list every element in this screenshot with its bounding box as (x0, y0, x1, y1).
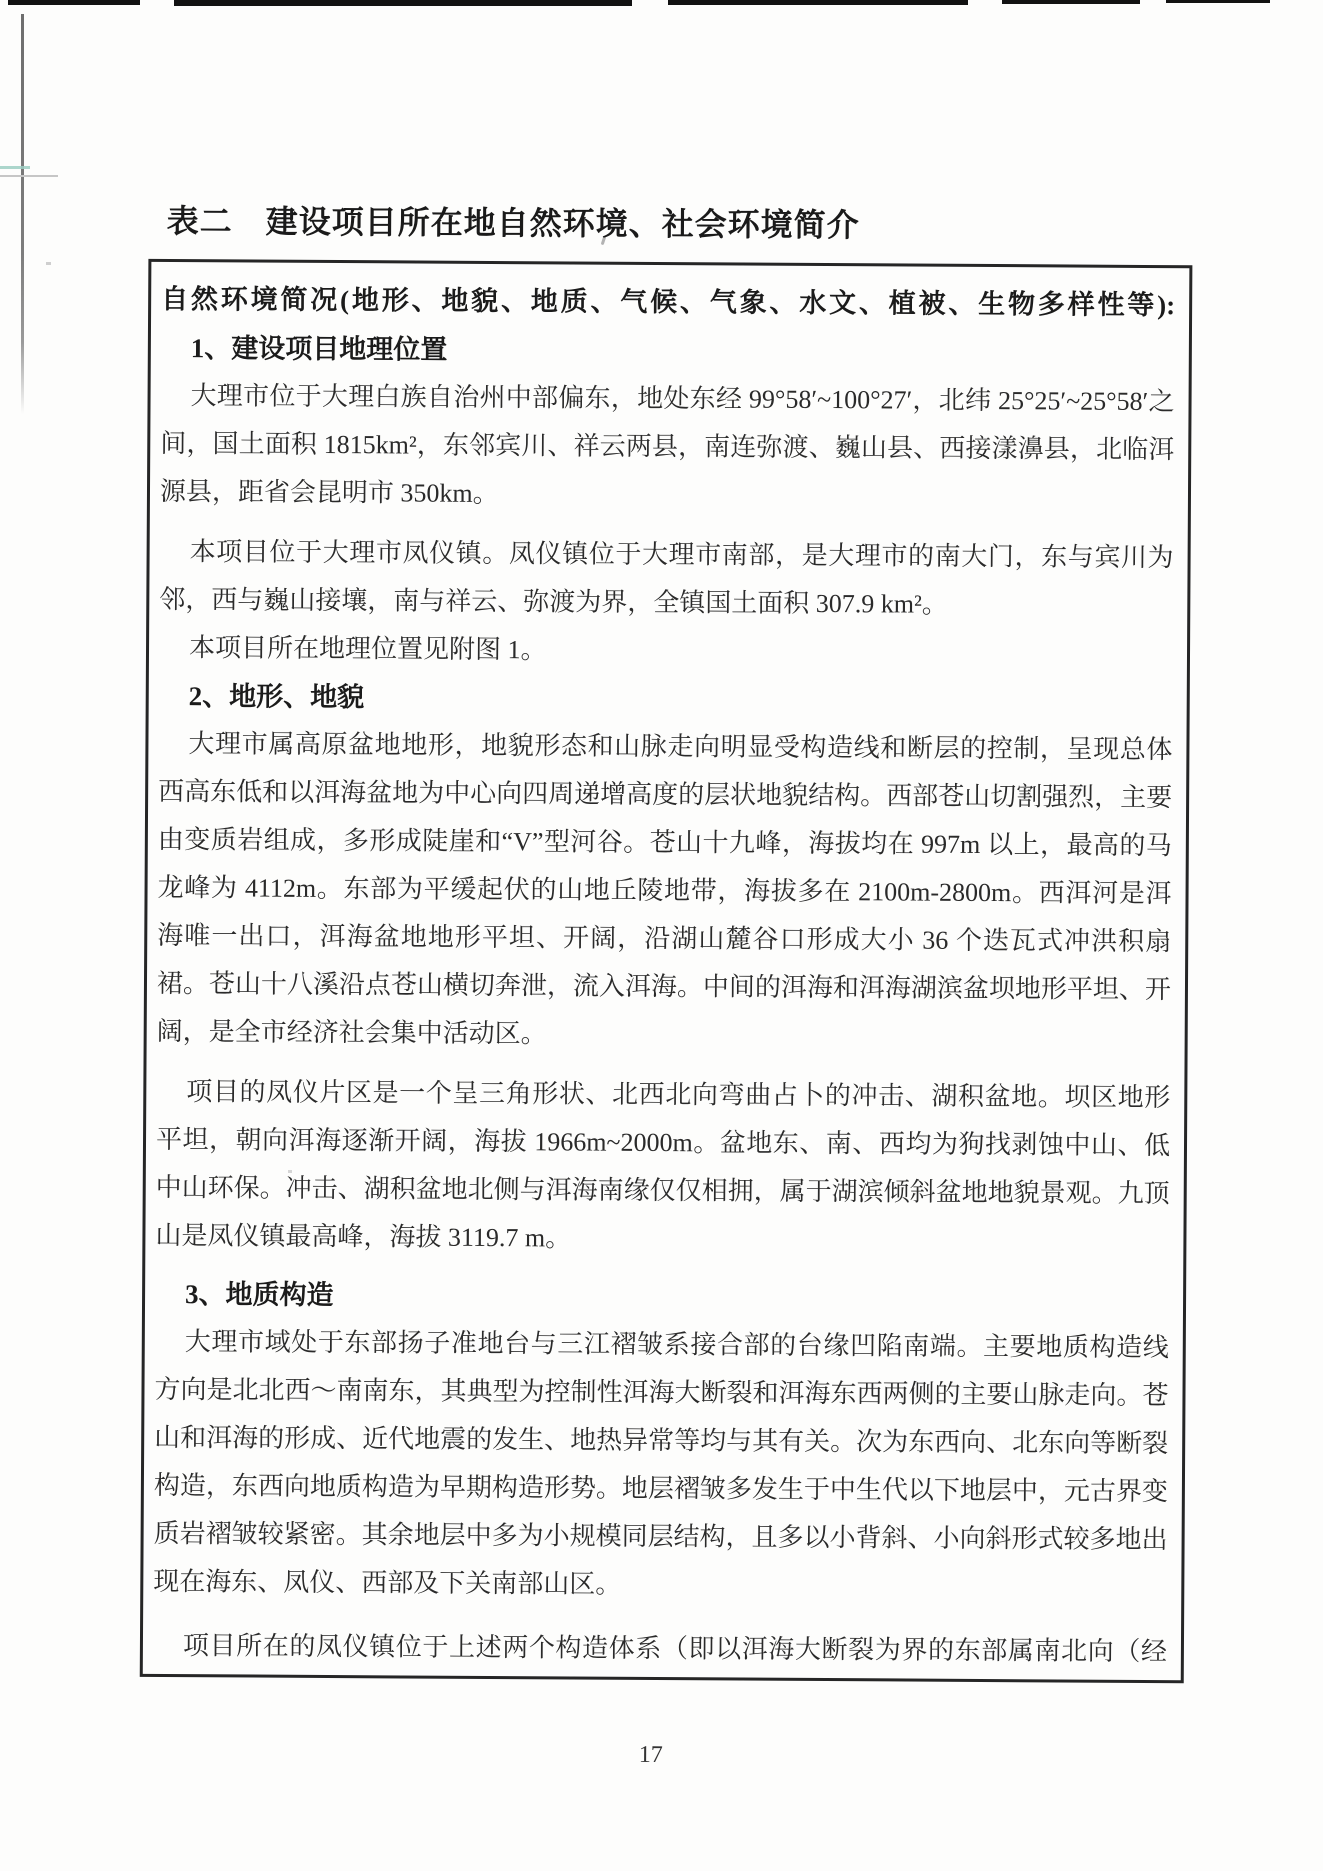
paragraph: 大理市位于大理白族自治州中部偏东，地处东经 99°58′~100°27′，北纬 … (160, 372, 1175, 522)
section-heading-3: 3、地质构造 (155, 1270, 1169, 1324)
page-title: 表二 建设项目所在地自然环境、社会环境简介 (167, 201, 860, 245)
content-table-cell: 自然环境简况(地形、地貌、地质、气候、气象、水文、植被、生物多样性等): 1、建… (140, 259, 1193, 1683)
paragraph: 大理市域处于东部扬子准地台与三江褶皱系接合部的台缘凹陷南端。主要地质构造线方向是… (153, 1318, 1169, 1612)
document-sheet: 表二 建设项目所在地自然环境、社会环境简介 自然环境简况(地形、地貌、地质、气候… (0, 0, 1323, 1871)
page-number: 17 (0, 1738, 1312, 1773)
paragraph: 项目的凤仪片区是一个呈三角形状、北西北向弯曲占卜的冲击、湖积盆地。坝区地形平坦，… (155, 1068, 1170, 1266)
scanned-document-page: 表二 建设项目所在地自然环境、社会环境简介 自然环境简况(地形、地貌、地质、气候… (0, 0, 1323, 1871)
paragraph: 本项目位于大理市凤仪镇。凤仪镇位于大理市南部，是大理市的南大门，东与宾川为邻，西… (159, 528, 1174, 630)
section-heading-2: 2、地形、地貌 (159, 672, 1173, 726)
paragraph: 项目所在的凤仪镇位于上述两个构造体系（即以洱海大断裂为界的东部属南北向（经向） (152, 1622, 1167, 1683)
paragraph: 本项目所在地理位置见附图 1。 (159, 624, 1173, 678)
cell-header: 自然环境简况(地形、地貌、地质、气候、气象、水文、植被、生物多样性等): (161, 276, 1175, 328)
paragraph: 大理市属高原盆地地形，地貌形态和山脉走向明显受构造线和断层的控制，呈现总体西高东… (157, 720, 1173, 1062)
section-heading-1: 1、建设项目地理位置 (161, 324, 1175, 378)
